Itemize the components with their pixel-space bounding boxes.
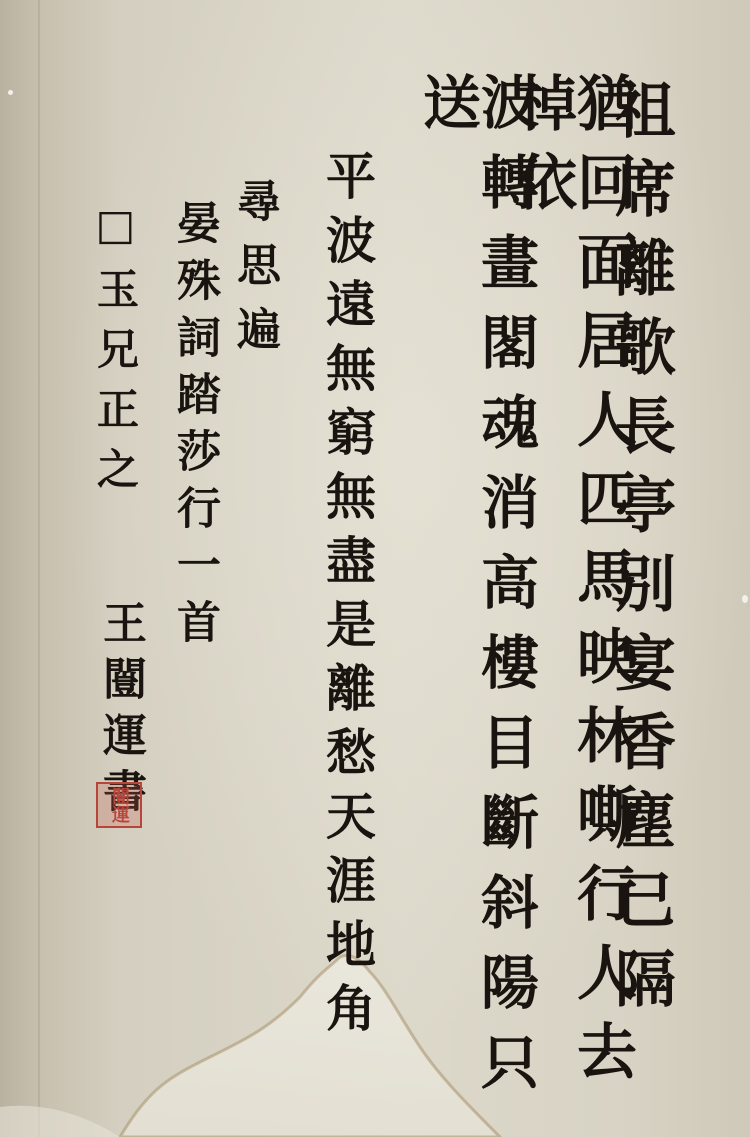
paper-fold-line <box>38 0 40 1137</box>
poem-column-3: 波轉畫閣魂消高樓目斷斜陽只送 <box>418 72 534 1137</box>
paper-tear-speck <box>742 595 748 603</box>
poem-column-5: 尋思遍 <box>232 178 276 370</box>
poem-column-4: 平波遠無窮無盡是離愁天涯地角 <box>322 150 372 1046</box>
inscription-title-note: 晏殊詞踏莎行一首 <box>172 200 216 656</box>
red-seal-stamp: 闓運 <box>96 782 142 828</box>
inscription-dedication: □玉兄正之 <box>94 200 136 507</box>
paper-speck <box>8 90 13 95</box>
seal-text: 闓運 <box>110 787 128 823</box>
